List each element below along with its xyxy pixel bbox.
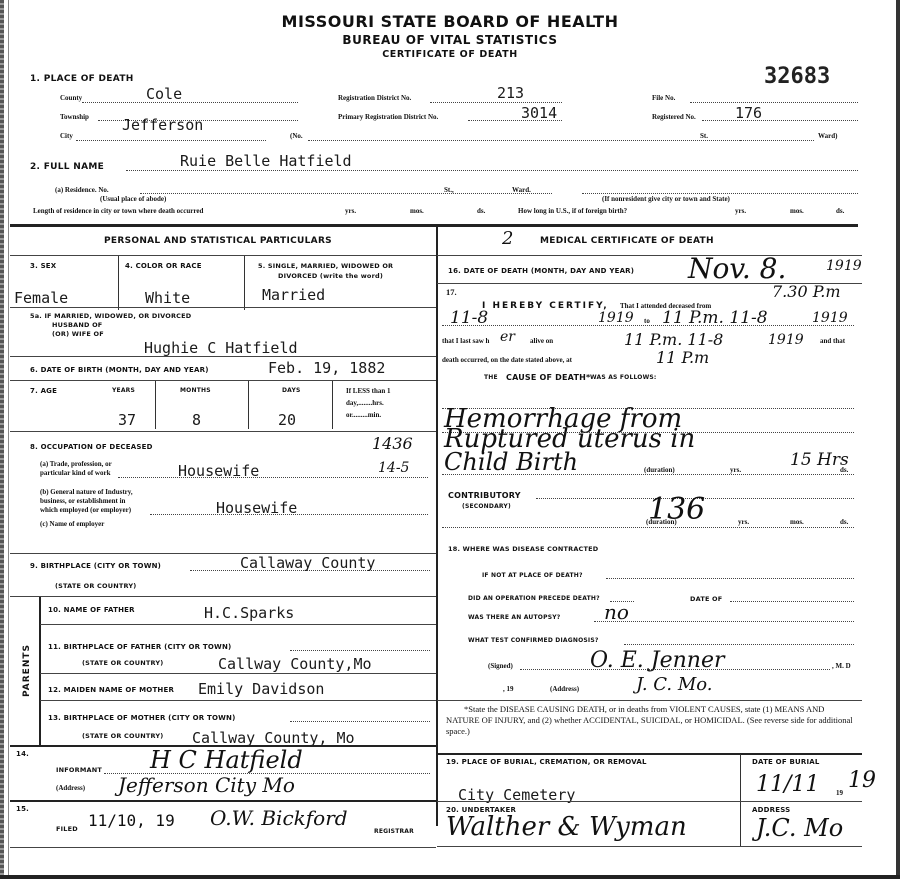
mother-state-label: (STATE OR COUNTRY) [82,732,163,740]
last-saw-date: 11 P.m. 11-8 [624,330,723,349]
city-label: City [60,132,73,140]
physician-address: J. C. Mo. [636,674,713,695]
cause-of-death-3: Child Birth [444,448,578,476]
residence-label: (a) Residence. No. [55,186,109,194]
occupation-b-value: Housewife [216,499,297,517]
informant-address: Jefferson City Mo [118,773,295,797]
age-years-value: 37 [118,411,136,429]
employer-label: (c) Name of employer [40,520,104,528]
physician-signature: O. E. Jenner [590,648,725,673]
father-birthplace-line [290,650,430,651]
occupation-a-line [118,477,428,478]
burial-place-label: 19. PLACE OF BURIAL, CREMATION, OR REMOV… [446,758,647,766]
marital-value: Married [262,286,325,304]
divider [40,673,436,674]
mother-name-label: 12. MAIDEN NAME OF MOTHER [48,686,174,694]
medical-section-title: MEDICAL CERTIFICATE OF DEATH [540,236,714,246]
primary-registration-value: 3014 [521,104,557,122]
less-hrs-label: day,........hrs. [346,399,384,407]
to-label: to [644,317,650,325]
date-of-label: DATE OF [690,595,722,603]
race-value: White [145,289,190,307]
contributory-line-2 [442,527,854,528]
last-saw-pronoun: er [500,329,515,345]
document-title: MISSOURI STATE BOARD OF HEALTH [0,12,900,31]
divider [244,256,245,310]
birthplace-value: Callaway County [240,554,375,572]
contributory-yrs-label: yrs. [738,518,749,526]
registrar-label: REGISTRAR [374,828,414,835]
residence-st-label: St., [444,186,454,194]
divider [10,255,436,256]
ward-line [740,140,814,141]
date-of-death-label: 16. DATE OF DEATH (MONTH, DAY AND YEAR) [448,267,634,275]
less-than-day-label: If LESS than 1 [346,387,391,395]
father-birthplace-value: Callway County,Mo [218,655,372,673]
birthplace-state-label: (STATE OR COUNTRY) [55,582,136,590]
informant-address-label: (Address) [56,784,85,792]
foreign-birth-label: How long in U.S., if of foreign birth? [518,207,627,215]
street-st-label: St. [700,132,708,140]
death-time: 11 P.m [656,348,709,367]
registered-no-value: 176 [735,104,762,122]
dob-label: 6. DATE OF BIRTH (MONTH, DAY AND YEAR) [30,366,209,374]
personal-section-title: PERSONAL AND STATISTICAL PARTICULARS [0,236,436,246]
county-value: Cole [146,85,182,103]
file-number-stamp: 32683 [764,64,830,89]
filed-number: 15. [16,805,29,813]
certify-text: I HEREBY CERTIFY, [482,301,609,311]
divider [437,255,862,256]
divider [10,800,436,802]
undertaker-address: J.C. Mo [756,814,843,842]
county-line [82,102,298,103]
city-value: Jefferson [122,116,203,134]
father-state-label: (STATE OR COUNTRY) [82,659,163,667]
foreign-yrs-label: yrs. [735,207,746,215]
age-days-label: DAYS [282,387,301,394]
mother-birthplace-label: 13. BIRTHPLACE OF MOTHER (CITY OR TOWN) [48,714,235,722]
father-name-label: 10. NAME OF FATHER [48,606,135,614]
divider [10,847,436,848]
divider [40,700,436,701]
cause-prefix: THE [484,374,498,381]
township-label: Township [60,113,89,121]
last-saw-text: that I last saw h [442,337,489,345]
document-subtitle: BUREAU OF VITAL STATISTICS [0,33,900,47]
undertaker-signature: Walther & Wyman [446,812,687,842]
age-years-label: YEARS [112,387,135,394]
date-of-death-year: 1919 [826,258,862,274]
operation-label: DID AN OPERATION PRECEDE DEATH? [468,595,600,602]
mother-birthplace-line [290,721,430,722]
father-name-value: H.C.Sparks [204,604,294,622]
spouse-value: Hughie C Hatfield [144,339,298,357]
scan-border-bottom [0,875,900,879]
divider [332,381,333,429]
test-confirmed-line [624,644,854,645]
city-line [76,140,266,141]
divider [437,801,862,802]
informant-label: INFORMANT [56,766,102,774]
contributory-mos-label: mos. [790,518,804,526]
registration-district-value: 213 [497,84,524,102]
registrar-signature: O.W. Bickford [210,806,348,830]
divider [10,356,436,357]
length-ds-label: ds. [477,207,485,215]
age-months-label: MONTHS [180,387,211,394]
occupation-code-1: 1436 [372,434,413,453]
foreign-mos-label: mos. [790,207,804,215]
registration-district-line [430,102,562,103]
file-no-line [690,102,858,103]
occupation-code-2: 14-5 [378,460,409,476]
md-label: , M. D [832,662,851,670]
divider [10,380,436,381]
divider [248,381,249,429]
burial-date-value: 11/11 [756,772,819,797]
parents-bracket [39,597,41,747]
divider [437,753,862,755]
length-mos-label: mos. [410,207,424,215]
spouse-label-2: HUSBAND OF [52,321,102,329]
informant-number: 14. [16,750,29,758]
date-of-line [730,601,854,602]
divider [118,256,119,310]
birthplace-label: 9. BIRTHPLACE (CITY OR TOWN) [30,562,161,570]
test-confirmed-label: WHAT TEST CONFIRMED DIAGNOSIS? [468,637,599,644]
father-birthplace-label: 11. BIRTHPLACE OF FATHER (CITY OR TOWN) [48,643,231,651]
street-no-label: (No. [290,132,303,140]
place-of-death-heading: 1. PLACE OF DEATH [30,74,134,84]
date-of-death-value: Nov. 8. [688,252,786,285]
autopsy-label: WAS THERE AN AUTOPSY? [468,614,560,621]
spouse-label-3: (OR) WIFE OF [52,330,104,338]
physician-address-label: (Address) [550,685,579,693]
duration-yrs-label: yrs. [730,466,741,474]
registered-no-line [702,120,858,121]
attended-from-time: 7.30 P.m [772,282,841,301]
secondary-label: (SECONDARY) [462,503,511,510]
age-months-value: 8 [192,411,201,429]
length-yrs-label: yrs. [345,207,356,215]
section-mark: 2 [502,228,513,249]
disease-contracted-sub: IF NOT AT PLACE OF DEATH? [482,572,583,579]
contributory-label: CONTRIBUTORY [448,491,521,500]
county-label: County [60,94,82,102]
cause-footnote: *State the DISEASE CAUSING DEATH, or in … [446,704,856,737]
burial-year-prefix: 19 [836,789,843,797]
divider [437,700,862,701]
divider [10,596,436,597]
marital-label: 5. SINGLE, MARRIED, WIDOWED OR [258,262,393,270]
nonresident-note: (If nonresident give city or town and St… [602,195,730,203]
duration-label: (duration) [644,466,675,474]
scan-border-left [0,0,4,879]
residence-line [140,193,552,194]
occupation-a-label: (a) Trade, profession, or [40,460,112,468]
full-name-label: 2. FULL NAME [30,162,104,172]
marital-label-2: DIVORCED (write the word) [278,272,383,280]
occupation-b-label-3: which employed (or employer) [40,506,131,514]
column-divider [436,226,438,826]
foreign-ds-label: ds. [836,207,844,215]
sex-label: 3. SEX [30,262,56,270]
and-that-label: and that [820,337,845,345]
duration-ds-label: ds. [840,466,848,474]
attended-line [442,325,854,326]
file-no-label: File No. [652,94,675,102]
attended-year-2: 1919 [812,310,848,326]
primary-registration-label: Primary Registration District No. [338,113,438,121]
divider [155,381,156,429]
occupation-label: 8. OCCUPATION OF DECEASED [30,443,153,451]
section-divider-top [10,224,858,227]
dob-value: Feb. 19, 1882 [268,359,385,377]
filed-date: 11/10, 19 [88,811,175,830]
attended-from-date: 11-8 [450,308,488,328]
occupation-a-label-2: particular kind of work [40,469,110,477]
autopsy-line [594,621,854,622]
alive-on-label: alive on [530,337,553,345]
divider [10,431,436,432]
burial-date-label: DATE OF BURIAL [752,758,820,766]
certify-number: 17. [446,287,457,297]
ward-label: Ward) [818,132,837,140]
scan-border-right [896,0,900,879]
spouse-label-1: 5a. IF MARRIED, WIDOWED, OR DIVORCED [30,312,191,320]
undertaker-address-label: ADDRESS [752,806,790,814]
divider [40,624,436,625]
occupation-a-value: Housewife [178,462,259,480]
attended-to: 11 P.m. 11-8 [662,308,768,328]
death-occurred-text: death occurred, on the date stated above… [442,356,572,364]
divider [740,754,741,846]
signed-label: (Signed) [488,662,513,670]
scan-border-inner [8,0,9,879]
document-type: CERTIFICATE OF DEATH [0,49,900,60]
residence-ward-label: Ward. [512,186,531,194]
less-min-label: or.........min. [346,411,381,419]
residence-sub-label: (Usual place of abode) [100,195,166,203]
street-line [308,140,746,141]
mother-name-value: Emily Davidson [198,680,324,698]
attended-year-1: 1919 [598,310,634,326]
last-saw-year: 1919 [768,332,804,348]
signed-year-label: , 19 [503,685,514,693]
full-name-line [126,170,858,171]
autopsy-value: no [604,600,629,624]
race-label: 4. COLOR OR RACE [125,262,202,270]
contributory-duration-label: (duration) [646,518,677,526]
cause-label: CAUSE OF DEATH* [506,373,590,382]
occupation-b-label-2: business, or establishment in [40,497,125,505]
registered-no-label: Registered No. [652,113,696,121]
divider [10,307,436,308]
divider [437,846,862,847]
parents-side-label: PARENTS [22,644,32,697]
registration-district-label: Registration District No. [338,94,411,102]
age-label: 7. AGE [30,387,57,395]
occupation-b-label: (b) General nature of Industry, [40,488,133,496]
disease-contracted-line [606,578,854,579]
burial-year-suffix: 19 [848,768,876,793]
cause-suffix: WAS AS FOLLOWS: [590,374,657,381]
filed-label: FILED [56,825,78,833]
age-days-value: 20 [278,411,296,429]
disease-contracted-label: 18. WHERE WAS DISEASE CONTRACTED [448,545,598,553]
full-name-value: Ruie Belle Hatfield [180,152,352,170]
nonresident-line [582,193,858,194]
contributory-ds-label: ds. [840,518,848,526]
informant-signature: H C Hatfield [150,746,303,774]
sex-value: Female [14,289,68,307]
length-residence-label: Length of residence in city or town wher… [33,207,203,215]
